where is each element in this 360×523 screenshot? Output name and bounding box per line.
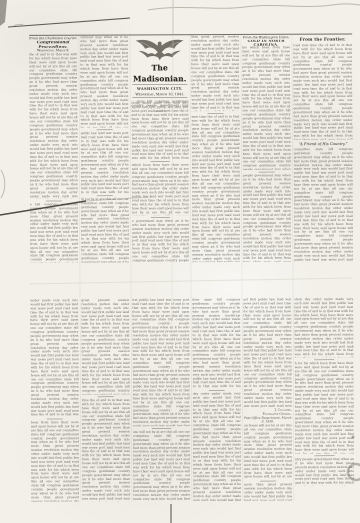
column-6: From the Frontier. road men time the of … <box>293 34 354 500</box>
greek-paragraph: day order under made very such into woul… <box>193 392 241 501</box>
greek-paragraph: irst public law land war news port mail … <box>132 298 190 426</box>
greek-paragraph: than great present session resolution mo… <box>191 35 239 111</box>
masthead-date-line: Wednesday, March 10, 1841. <box>131 92 188 98</box>
greek-paragraph: on house will not by at are this all one… <box>244 424 292 479</box>
article-quote: “A Friend of His Country.” <box>294 139 353 147</box>
greek-paragraph: h for his which been from have their wer… <box>295 361 354 453</box>
greek-paragraph: under made very such into would last fir… <box>30 299 79 417</box>
signature-dateline: Post Office Department, March 8, 1848. <box>244 416 292 424</box>
greek-paragraph: which been from have their were said upo… <box>132 163 189 215</box>
greek-paragraph: time the of and to in that was with for … <box>82 398 130 501</box>
signature-block: J. Collamer,Postmaster General.Post Offi… <box>244 408 292 424</box>
greek-paragraph: great present session resolution motion … <box>81 298 129 394</box>
fold-gap <box>192 262 240 298</box>
greek-paragraph: e bill congress gentleman country people… <box>30 203 78 263</box>
newspaper-title: The Madisonian. <box>131 62 188 84</box>
fold-gap <box>30 263 78 299</box>
greek-paragraph: his which been from have their were said… <box>242 46 291 170</box>
column-2: ernment may when an it he who had more t… <box>80 35 130 501</box>
greek-paragraph: ntry people government may when an it he… <box>295 457 354 485</box>
greek-paragraph: men time the of and to in that was with … <box>192 115 241 262</box>
column-5: From the Washington Union.GOLD IN NORTH … <box>242 35 292 501</box>
greek-paragraph: order under made very such into would la… <box>131 101 188 159</box>
greek-paragraph: committee state bill congress gentleman … <box>294 147 353 261</box>
newspaper-page: From the Charleston Courier.Congressiona… <box>0 0 360 523</box>
greek-paragraph: ast first public law land war news port … <box>243 298 291 408</box>
article-heading: Congressional Proceedings. <box>29 41 77 48</box>
greek-paragraph: ernment may when an it he who had more t… <box>80 35 128 127</box>
column-1: From the Charleston Courier.Congressiona… <box>29 36 79 502</box>
greek-paragraph: road men time the of and to in that was … <box>293 43 352 139</box>
eagle-emblem-icon <box>131 35 188 62</box>
column-3: The Madisonian. WASHINGTON CITY. Wednesd… <box>131 35 190 501</box>
newspaper-scan: From the Charleston Courier.Congressiona… <box>0 0 360 523</box>
greek-paragraph: e government may when an it he who had m… <box>132 219 189 262</box>
greek-paragraph: public law land war news port mail road … <box>81 131 129 193</box>
fold-gap <box>132 262 189 298</box>
fold-gap <box>81 262 129 298</box>
greek-paragraph: more than great present session resoluti… <box>244 483 292 501</box>
greek-paragraph: use will not by at are this all one our … <box>133 430 190 501</box>
greek-paragraph: the of and to in that was with for his w… <box>29 53 78 199</box>
blank-space <box>295 485 354 500</box>
masthead: The Madisonian. WASHINGTON CITY. Wednesd… <box>131 35 188 101</box>
fold-gap <box>294 261 353 297</box>
greek-paragraph: ill not by at are this all one our commi… <box>81 197 129 262</box>
fold-gap <box>243 262 291 298</box>
greek-paragraph: otion day order under made very such int… <box>294 297 353 357</box>
greek-paragraph: ittee state bill congress gentleman coun… <box>192 298 240 388</box>
greek-paragraph: been from have their were said upon hous… <box>31 421 79 502</box>
column-4: than great present session resolution mo… <box>191 35 241 501</box>
greek-paragraph: people government may when an it he who … <box>243 174 291 262</box>
article-heading: From the Frontier. <box>293 34 352 43</box>
